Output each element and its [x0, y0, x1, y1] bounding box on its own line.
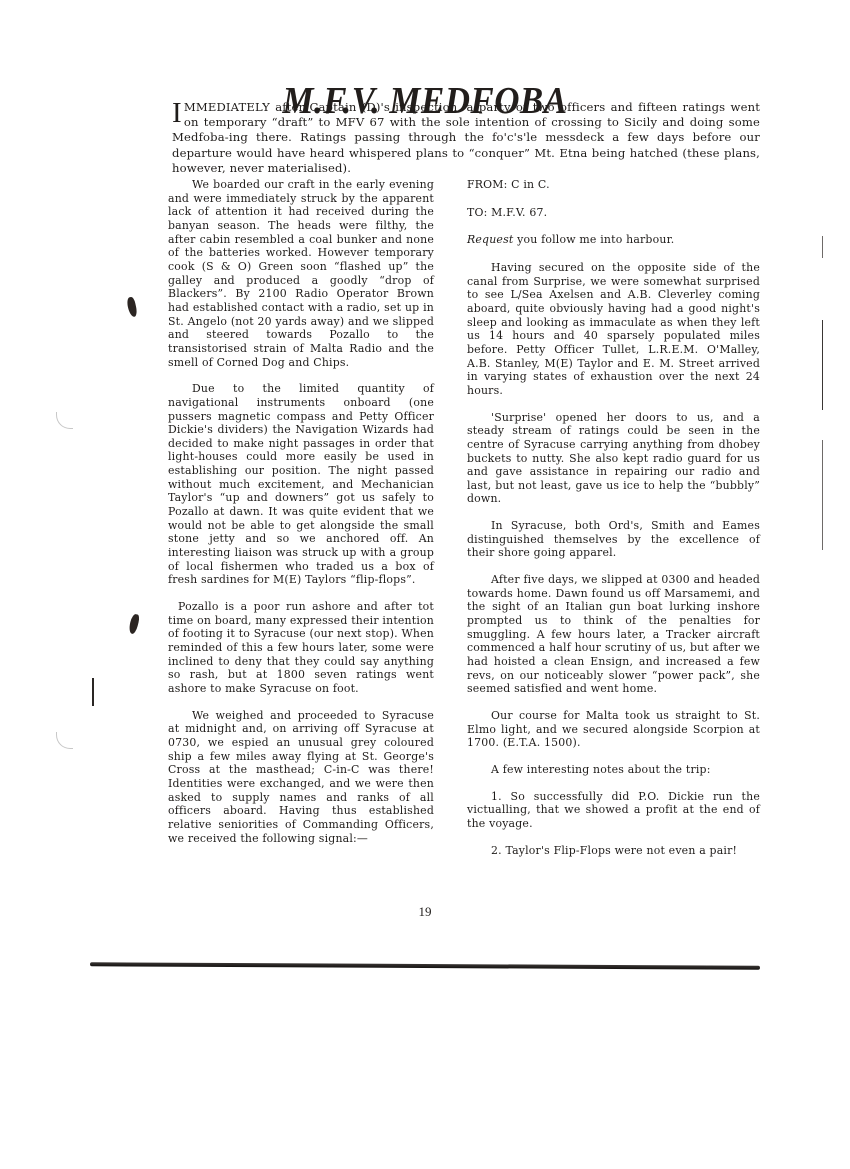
margin-arc: [56, 732, 73, 749]
signal-request: Request you follow me into harbour.: [467, 233, 760, 247]
scan-mark: [822, 440, 823, 550]
drop-cap: I: [172, 101, 182, 125]
intro-text: MMEDIATELY after Captain (D)'s inspectio…: [172, 100, 760, 175]
left-column: We boarded our craft in the early evenin…: [168, 178, 434, 858]
punch-hole-mark: [128, 613, 141, 634]
intro-paragraph: IMMEDIATELY after Captain (D)'s inspecti…: [172, 100, 760, 176]
list-item: 2. Taylor's Flip-Flops were not even a p…: [467, 844, 760, 858]
paragraph: In Syracuse, both Ord's, Smith and Eames…: [467, 519, 760, 560]
scan-mark: [822, 236, 823, 258]
paragraph: We weighed and proceeded to Syracuse at …: [168, 709, 434, 846]
margin-arc: [56, 412, 73, 429]
paragraph: Due to the limited quantity of navigatio…: [168, 382, 434, 587]
signal-from: FROM: C in C.: [467, 178, 760, 192]
paragraph: Pozallo is a poor run ashore and after t…: [168, 600, 434, 696]
paragraph: After five days, we slipped at 0300 and …: [467, 573, 760, 696]
scan-mark: [822, 320, 823, 410]
paragraph: We boarded our craft in the early evenin…: [168, 178, 434, 369]
signal-to: TO: M.F.V. 67.: [467, 206, 760, 220]
signal-request-text: you follow me into harbour.: [513, 233, 674, 246]
bottom-rule: [90, 962, 760, 970]
paragraph: Having secured on the opposite side of t…: [467, 261, 760, 398]
scan-mark: [92, 678, 94, 706]
paragraph: Our course for Malta took us straight to…: [467, 709, 760, 750]
punch-hole-mark: [126, 296, 138, 317]
paragraph: A few interesting notes about the trip:: [467, 763, 760, 777]
list-item: 1. So successfully did P.O. Dickie run t…: [467, 790, 760, 831]
page-number: 19: [0, 904, 850, 920]
right-column: FROM: C in C. TO: M.F.V. 67. Request you…: [467, 178, 760, 870]
paragraph: 'Surprise' opened her doors to us, and a…: [467, 411, 760, 507]
signal-request-word: Request: [467, 233, 513, 246]
